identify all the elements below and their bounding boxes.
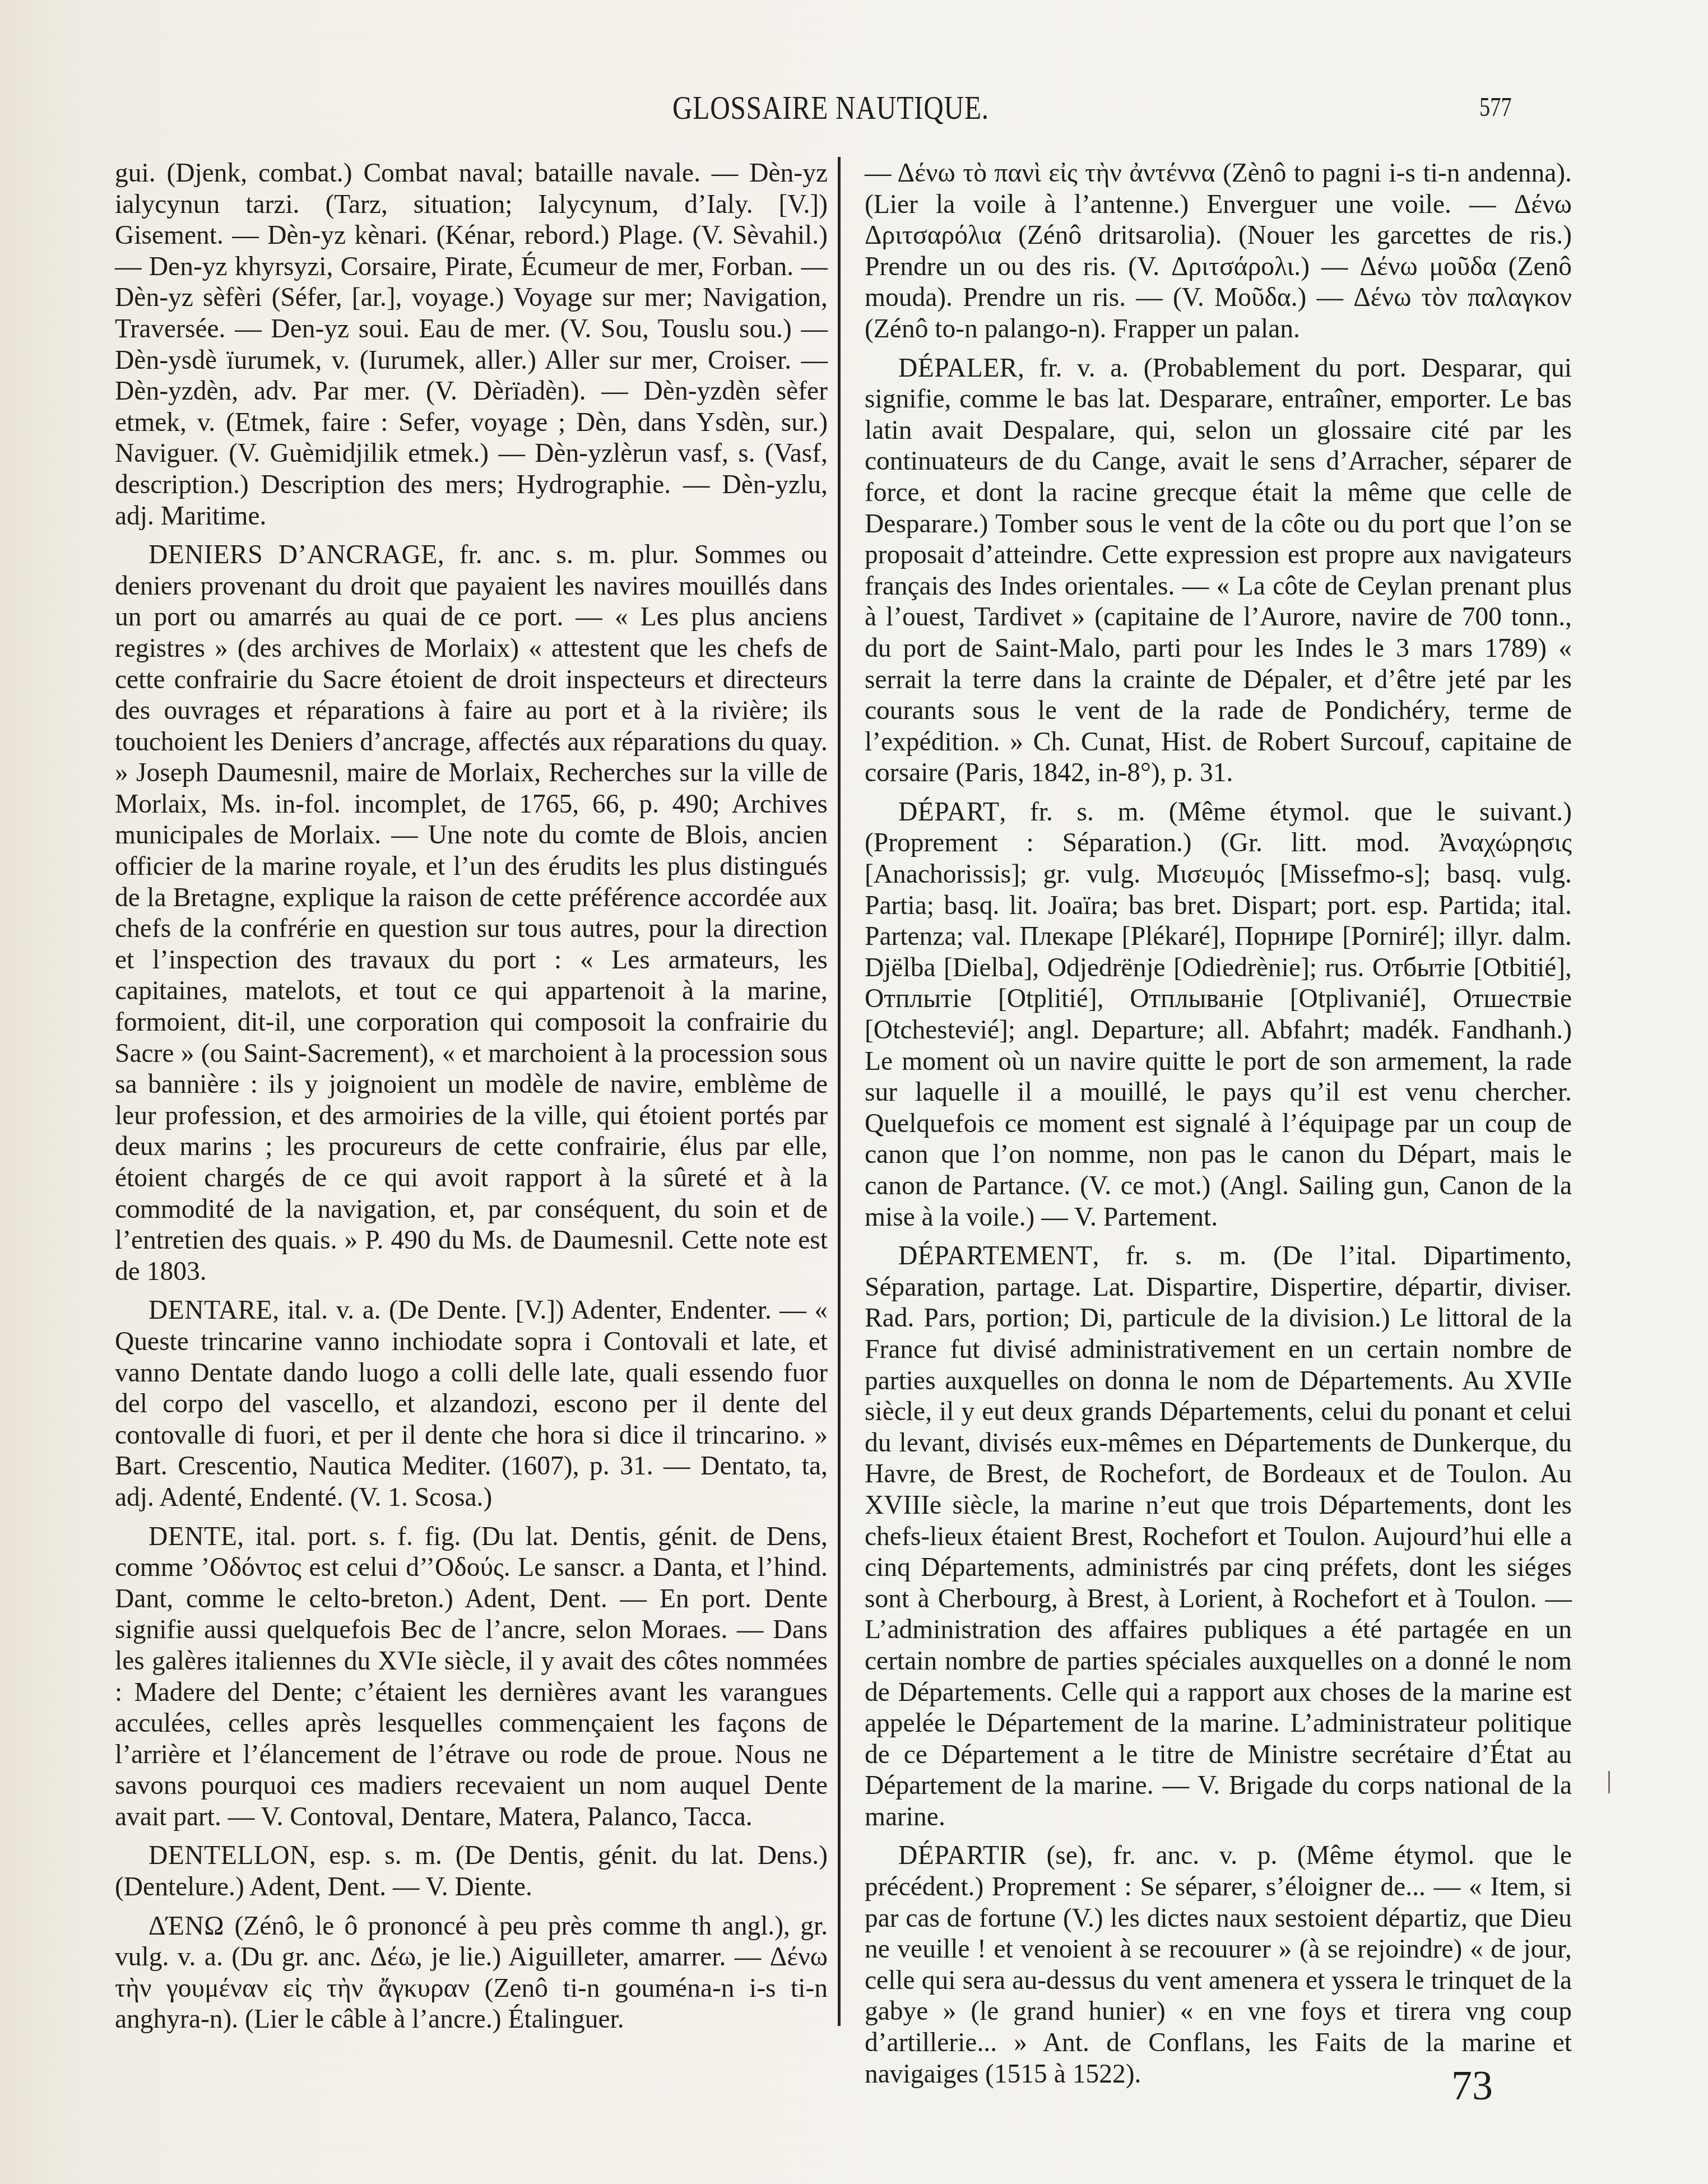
right-column: — Δένω τὸ πανὶ εἰς τὴν ἀντέννα (Zènô to … — [865, 158, 1572, 2098]
entry-headword: DENTARE — [148, 1296, 272, 1325]
page-number: 577 — [1479, 92, 1512, 123]
entry-text: , ital. port. s. f. fig. (Du lat. Dentis… — [115, 1522, 828, 1831]
entry-headword: DENIERS D’ANCRAGE — [148, 540, 438, 569]
glossary-entry-departement: DÉPARTEMENT, fr. s. m. (De l’ital. Dipar… — [865, 1241, 1572, 1833]
glossary-entry-depart: DÉPART, fr. s. m. (Même étymol. que le s… — [865, 797, 1572, 1233]
entry-text: , fr. s. m. (Même étymol. que le suivant… — [865, 797, 1572, 1232]
entry-text: , fr. v. a. (Probablement du port. Despa… — [865, 354, 1572, 788]
entry-headword: DENTELLON — [148, 1841, 309, 1870]
glossary-entry-depaler: DÉPALER, fr. v. a. (Probablement du port… — [865, 353, 1572, 789]
running-title: GLOSSAIRE NAUTIQUE. — [672, 89, 989, 127]
entry-text: , ital. v. a. (De Dente. [V.]) Adenter, … — [115, 1296, 828, 1512]
signature-mark: 73 — [1451, 2062, 1493, 2110]
margin-mark — [1608, 1771, 1610, 1793]
entry-text: — Δένω τὸ πανὶ εἰς τὴν ἀντέννα (Zènô to … — [865, 159, 1572, 344]
glossary-entry-departir: DÉPARTIR (se), fr. anc. v. p. (Même étym… — [865, 1840, 1572, 2090]
entry-headword: DÉPART — [898, 797, 1000, 827]
entry-headword: DÉPALER — [898, 354, 1018, 383]
entry-headword: DÉPARTIR — [898, 1841, 1027, 1870]
glossary-entry-dente: DENTE, ital. port. s. f. fig. (Du lat. D… — [115, 1522, 828, 1833]
page-header: GLOSSAIRE NAUTIQUE. 577 — [0, 89, 1708, 133]
glossary-entry-deno: ΔΈΝΩ (Zénô, le ô prononcé à peu près com… — [115, 1911, 828, 2035]
glossary-entry-dentare: DENTARE, ital. v. a. (De Dente. [V.]) Ad… — [115, 1295, 828, 1513]
entry-headword: ΔΈΝΩ — [148, 1912, 224, 1941]
entry-text: , fr. anc. s. m. plur. Sommes ou deniers… — [115, 540, 828, 1286]
glossary-entry-continuation: gui. (Djenk, combat.) Combat naval; bata… — [115, 158, 828, 532]
glossary-entry-deniers-dancrage: DENIERS D’ANCRAGE, fr. anc. s. m. plur. … — [115, 540, 828, 1287]
glossary-entry-continuation: — Δένω τὸ πανὶ εἰς τὴν ἀντέννα (Zènô to … — [865, 158, 1572, 345]
left-column: gui. (Djenk, combat.) Combat naval; bata… — [115, 158, 828, 2043]
column-divider — [838, 157, 841, 2026]
entry-headword: DÉPARTEMENT — [898, 1241, 1093, 1270]
entry-headword: DENTE — [148, 1522, 237, 1551]
entry-text: gui. (Djenk, combat.) Combat naval; bata… — [115, 159, 828, 531]
entry-text: , fr. s. m. (De l’ital. Dipartimento, Sé… — [865, 1241, 1572, 1831]
entry-text: (se), fr. anc. v. p. (Même étymol. que l… — [865, 1841, 1572, 2088]
glossary-entry-dentellon: DENTELLON, esp. s. m. (De Dentis, génit.… — [115, 1840, 828, 1903]
